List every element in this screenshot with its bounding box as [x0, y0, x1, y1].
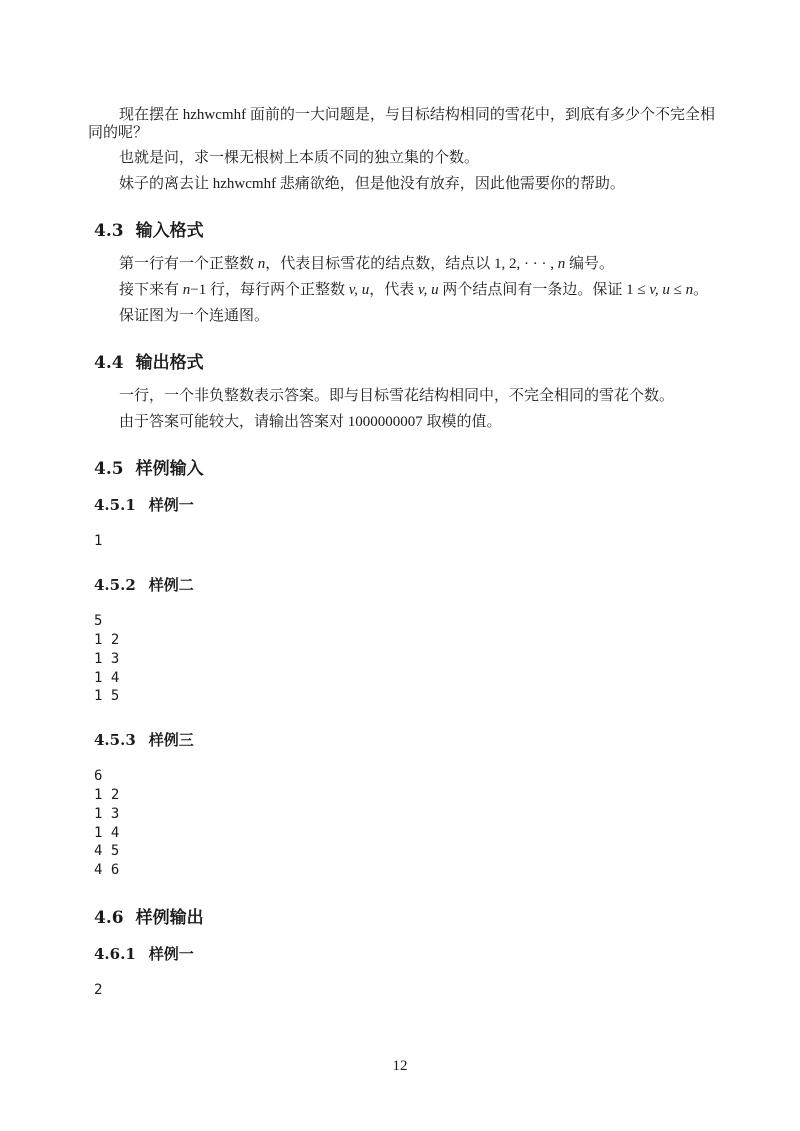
math-text: n	[686, 282, 694, 298]
text-segment: 妹子的离去让 hzhwcmhf 悲痛欲绝，但是他没有放弃，因此他需要你的帮助。	[119, 176, 625, 192]
subsection-title: 样例二	[149, 576, 194, 594]
math-text: v, u	[649, 282, 670, 298]
body-paragraph: 接下来有 n−1 行，每行两个正整数 v, u，代表 v, u 两个结点间有一条…	[88, 282, 715, 300]
subsection-number: 4.5.3	[94, 731, 136, 749]
section-number: 4.4	[94, 353, 124, 373]
text-segment: ≤	[670, 282, 686, 298]
section-title: 输入格式	[136, 221, 204, 241]
subsection-title: 样例三	[149, 731, 194, 749]
code-block-sample-output-1: 2	[88, 981, 715, 1000]
section-number: 4.5	[94, 459, 124, 479]
code-block-sample-input-3: 6 1 2 1 3 1 4 4 5 4 6	[88, 767, 715, 880]
subsection-number: 4.6.1	[94, 945, 136, 963]
intro-paragraph: 也就是问，求一棵无根树上本质不同的独立集的个数。	[88, 150, 715, 168]
subsection-heading-sample-2: 4.5.2样例二	[88, 577, 715, 594]
section-title: 样例输入	[136, 459, 204, 479]
code-block-sample-input-2: 5 1 2 1 3 1 4 1 5	[88, 612, 715, 706]
body-paragraph: 第一行有一个正整数 n，代表目标雪花的结点数，结点以 1, 2, · · · ,…	[88, 256, 715, 274]
math-text: v, u	[349, 282, 370, 298]
intro-paragraph: 现在摆在 hzhwcmhf 面前的一大问题是，与目标结构相同的雪花中，到底有多少…	[88, 107, 715, 142]
section-title: 输出格式	[136, 353, 204, 373]
text-segment: 一行，一个非负整数表示答案。即与目标雪花结构相同中，不完全相同的雪花个数。	[119, 388, 674, 404]
section-number: 4.3	[94, 221, 124, 241]
text-segment: ，代表	[369, 282, 418, 298]
intro-paragraph: 妹子的离去让 hzhwcmhf 悲痛欲绝，但是他没有放弃，因此他需要你的帮助。	[88, 176, 715, 194]
text-segment: 现在摆在 hzhwcmhf 面前的一大问题是，与目标结构相同的雪花中，到底有多少…	[88, 107, 715, 141]
section-title: 样例输出	[136, 908, 204, 928]
page-number: 12	[0, 1058, 800, 1075]
section-number: 4.6	[94, 908, 124, 928]
subsection-heading-sample-1: 4.5.1样例一	[88, 497, 715, 514]
subsection-title: 样例一	[149, 496, 194, 514]
subsection-number: 4.5.1	[94, 496, 136, 514]
text-segment: 两个结点间有一条边。保证 1 ≤	[439, 282, 650, 298]
text-segment: 第一行有一个正整数	[119, 256, 258, 272]
text-segment: 保证图为一个连通图。	[119, 308, 269, 324]
math-text: v, u	[418, 282, 439, 298]
body-paragraph: 一行，一个非负整数表示答案。即与目标雪花结构相同中，不完全相同的雪花个数。	[88, 388, 715, 406]
subsection-heading-output-sample-1: 4.6.1样例一	[88, 946, 715, 963]
text-segment: −1 行，每行两个正整数	[190, 282, 348, 298]
body-paragraph: 保证图为一个连通图。	[88, 308, 715, 326]
subsection-heading-sample-3: 4.5.3样例三	[88, 732, 715, 749]
subsection-number: 4.5.2	[94, 576, 136, 594]
text-segment: 接下来有	[119, 282, 183, 298]
text-segment: ，代表目标雪花的结点数，结点以 1, 2, · · · ,	[265, 256, 558, 272]
document-page: 现在摆在 hzhwcmhf 面前的一大问题是，与目标结构相同的雪花中，到底有多少…	[0, 0, 800, 1131]
code-block-sample-input-1: 1	[88, 532, 715, 551]
text-segment: 编号。	[565, 256, 614, 272]
section-heading-output-format: 4.4输出格式	[88, 354, 715, 372]
body-paragraph: 由于答案可能较大，请输出答案对 1000000007 取模的值。	[88, 414, 715, 432]
text-segment: 。	[693, 282, 708, 298]
page-content: 现在摆在 hzhwcmhf 面前的一大问题是，与目标结构相同的雪花中，到底有多少…	[88, 0, 715, 1000]
section-heading-sample-input: 4.5样例输入	[88, 460, 715, 478]
section-heading-sample-output: 4.6样例输出	[88, 909, 715, 927]
subsection-title: 样例一	[149, 945, 194, 963]
text-segment: 也就是问，求一棵无根树上本质不同的独立集的个数。	[119, 150, 479, 166]
text-segment: 由于答案可能较大，请输出答案对 1000000007 取模的值。	[119, 414, 502, 430]
section-heading-input-format: 4.3输入格式	[88, 222, 715, 240]
